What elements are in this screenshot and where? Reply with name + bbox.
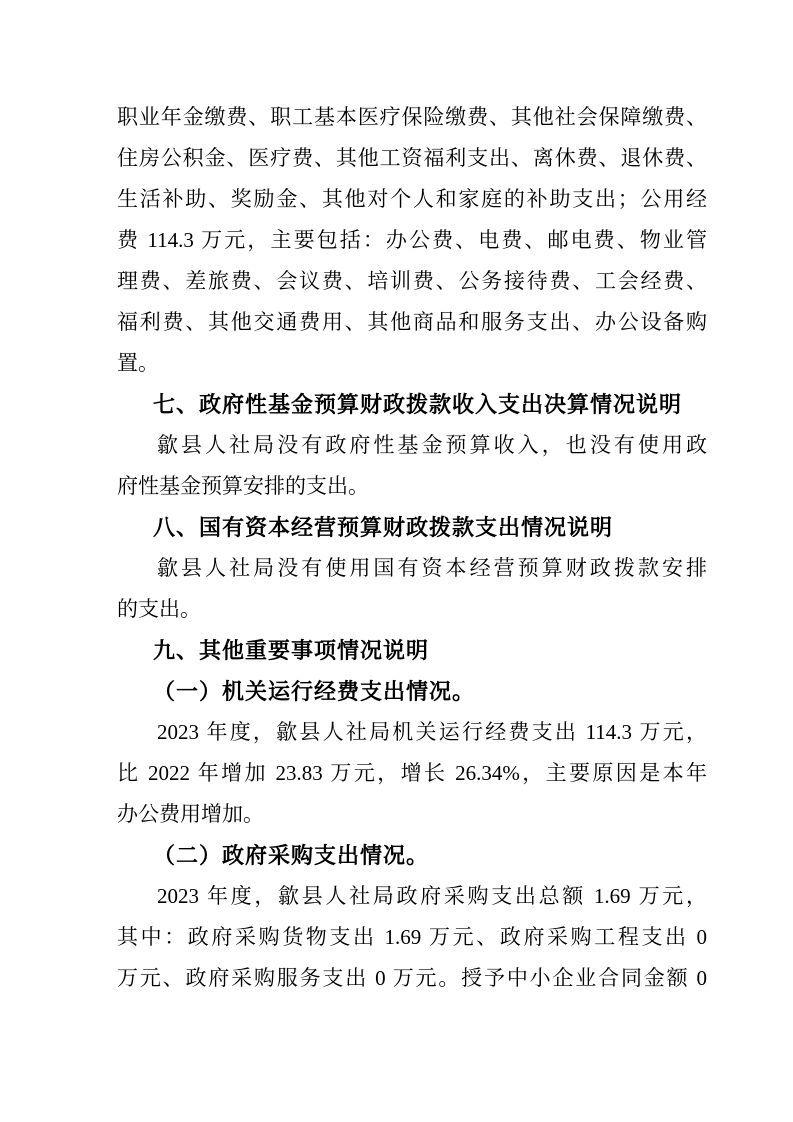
heading-other-important-items: 九、其他重要事项情况说明: [117, 630, 707, 671]
body-text-line: 福利费、其他交通费用、其他商品和服务支出、办公设备购: [117, 302, 707, 343]
body-text-line: 住房公积金、医疗费、其他工资福利支出、离休费、退休费、: [117, 138, 707, 179]
subheading-gov-procurement: （二）政府采购支出情况。: [117, 835, 707, 876]
document-body: 职业年金缴费、职工基本医疗保险缴费、其他社会保障缴费、 住房公积金、医疗费、其他…: [117, 97, 707, 999]
body-text-line: 置。: [117, 343, 707, 384]
body-text-line: 生活补助、奖励金、其他对个人和家庭的补助支出；公用经: [117, 179, 707, 220]
body-text-line: 的支出。: [117, 589, 707, 630]
heading-gov-fund-budget: 七、政府性基金预算财政拨款收入支出决算情况说明: [117, 384, 707, 425]
body-text-line: 2023 年度，歙县人社局政府采购支出总额 1.69 万元，: [117, 876, 707, 917]
body-text-line: 歙县人社局没有政府性基金预算收入，也没有使用政: [117, 425, 707, 466]
body-text-line: 府性基金预算安排的支出。: [117, 466, 707, 507]
heading-state-capital-budget: 八、国有资本经营预算财政拨款支出情况说明: [117, 507, 707, 548]
body-text-line: 职业年金缴费、职工基本医疗保险缴费、其他社会保障缴费、: [117, 97, 707, 138]
body-text-line: 2023 年度，歙县人社局机关运行经费支出 114.3 万元，: [117, 712, 707, 753]
document-page: 职业年金缴费、职工基本医疗保险缴费、其他社会保障缴费、 住房公积金、医疗费、其他…: [0, 0, 793, 1122]
body-text-line: 万元、政府采购服务支出 0 万元。授予中小企业合同金额 0: [117, 958, 707, 999]
body-text-line: 其中：政府采购货物支出 1.69 万元、政府采购工程支出 0: [117, 917, 707, 958]
subheading-operating-expense: （一）机关运行经费支出情况。: [117, 671, 707, 712]
body-text-line: 费 114.3 万元，主要包括：办公费、电费、邮电费、物业管: [117, 220, 707, 261]
body-text-line: 办公费用增加。: [117, 794, 707, 835]
body-text-line: 理费、差旅费、会议费、培训费、公务接待费、工会经费、: [117, 261, 707, 302]
body-text-line: 歙县人社局没有使用国有资本经营预算财政拨款安排: [117, 548, 707, 589]
body-text-line: 比 2022 年增加 23.83 万元，增长 26.34%，主要原因是本年: [117, 753, 707, 794]
